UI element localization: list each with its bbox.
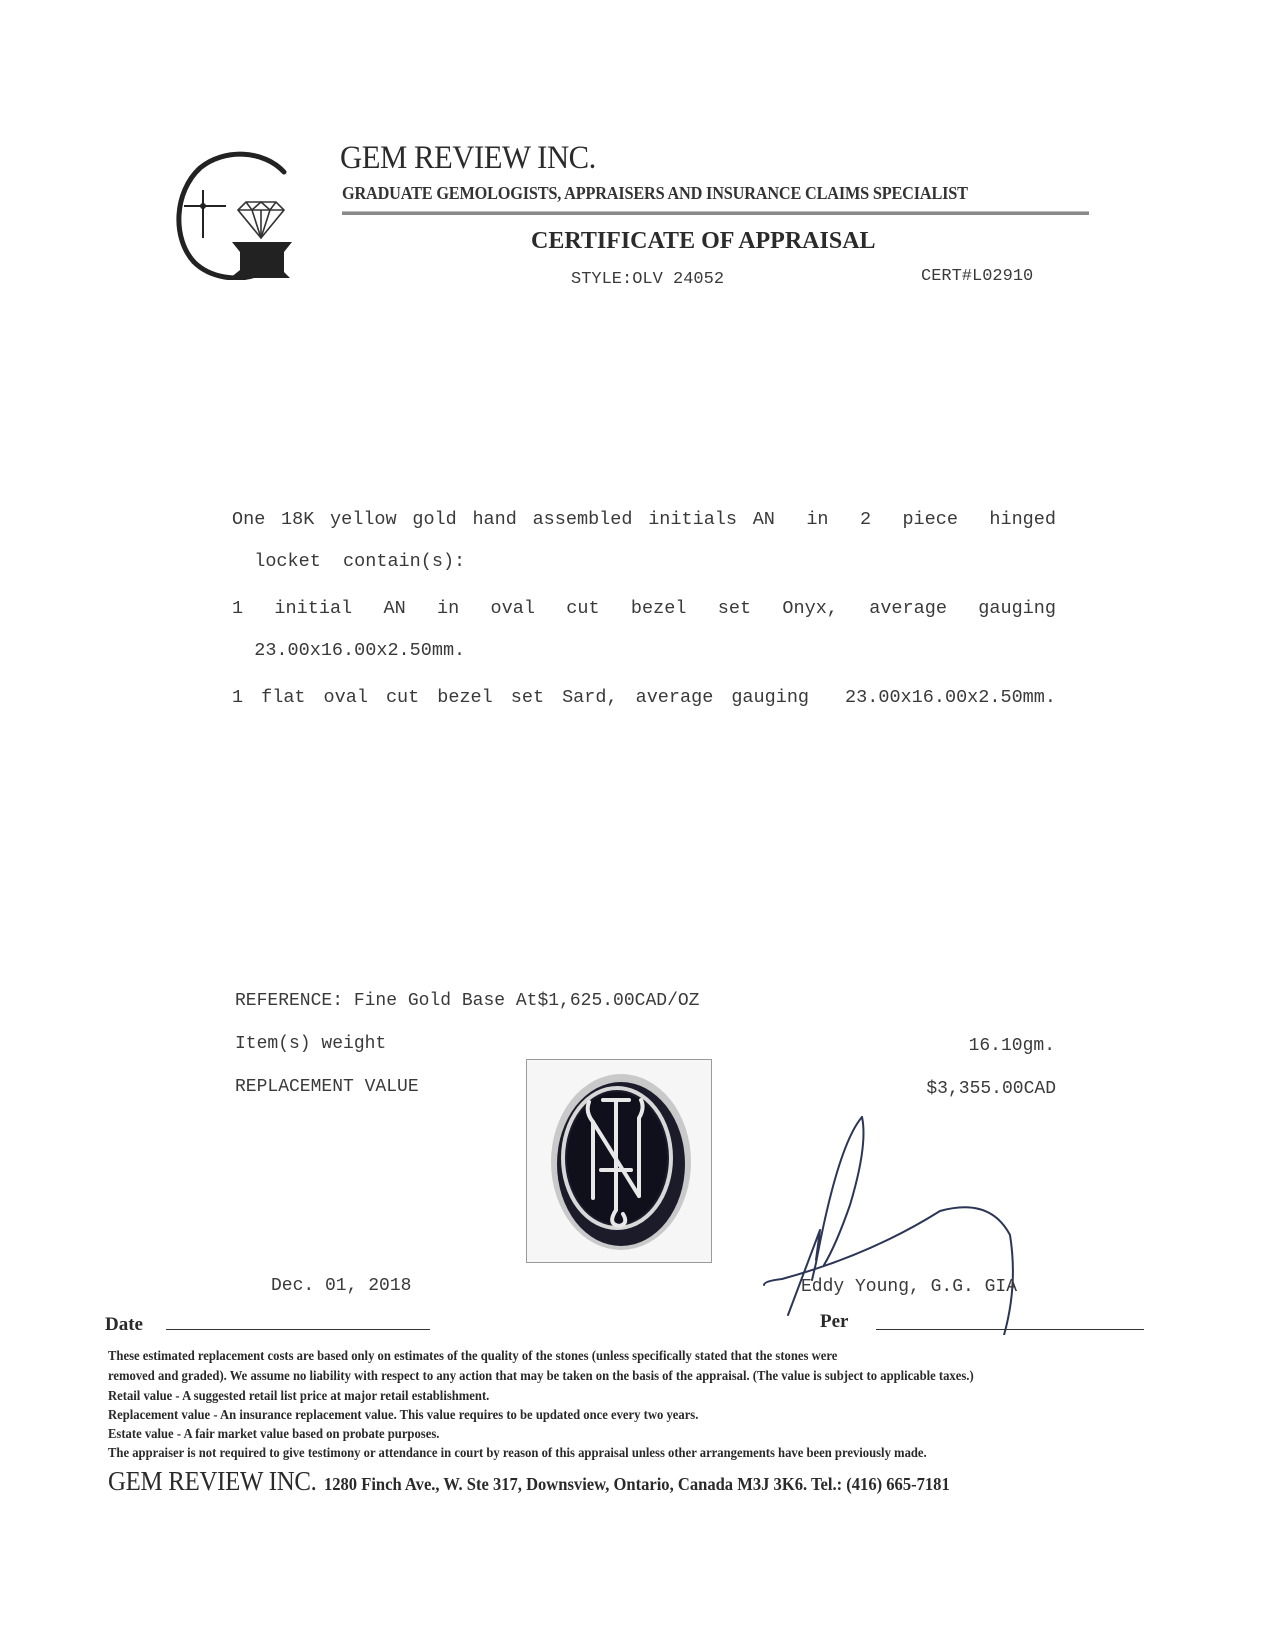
appraiser-name: Eddy Young, G.G. GIA	[801, 1277, 1017, 1297]
replacement-value: $3,355.00CAD	[926, 1079, 1056, 1099]
date-line	[166, 1329, 430, 1330]
retail-value-definition: Retail value - A suggested retail list p…	[108, 1388, 489, 1404]
footer-company-name: GEM REVIEW INC.	[108, 1466, 317, 1496]
onyx-monogram-locket-icon	[527, 1060, 711, 1262]
company-tagline: GRADUATE GEMOLOGISTS, APPRAISERS AND INS…	[342, 183, 968, 204]
weight-value: 16.10gm.	[969, 1036, 1055, 1056]
replacement-value-label: REPLACEMENT VALUE	[235, 1077, 419, 1097]
footer: GEM REVIEW INC. 1280 Finch Ave., W. Ste …	[108, 1466, 950, 1497]
appraisal-date: Dec. 01, 2018	[271, 1276, 411, 1296]
locket-photo	[526, 1059, 712, 1263]
stone-2-line: 1 flat oval cut bezel set Sard, average …	[232, 687, 1056, 708]
stone-2-description: 1 flat oval cut bezel set Sard, average …	[232, 645, 1056, 729]
per-label: Per	[820, 1311, 848, 1333]
replacement-value-definition: Replacement value - An insurance replace…	[108, 1407, 698, 1423]
weight-label: Item(s) weight	[235, 1034, 386, 1054]
disclaimer-line: These estimated replacement costs are ba…	[108, 1348, 837, 1364]
stone-1-line-1: 1 initial AN in oval cut bezel set Onyx,…	[232, 598, 1056, 619]
certificate-title: CERTIFICATE OF APPRAISAL	[531, 228, 876, 255]
company-name: GEM REVIEW INC.	[340, 140, 596, 177]
per-line	[876, 1329, 1144, 1330]
testimony-disclaimer: The appraiser is not required to give te…	[108, 1445, 927, 1461]
certificate-number: CERT#L02910	[921, 267, 1033, 286]
date-label: Date	[105, 1314, 143, 1336]
gold-reference: REFERENCE: Fine Gold Base At$1,625.00CAD…	[235, 991, 699, 1011]
disclaimer-line: removed and graded). We assume no liabil…	[108, 1368, 974, 1384]
item-description-line-1: One 18K yellow gold hand assembled initi…	[232, 509, 1056, 530]
style-number: STYLE:OLV 24052	[571, 270, 724, 289]
footer-address: 1280 Finch Ave., W. Ste 317, Downsview, …	[324, 1474, 950, 1494]
header-divider	[342, 211, 1089, 215]
g-diamond-logo-icon	[172, 146, 296, 280]
estate-value-definition: Estate value - A fair market value based…	[108, 1426, 439, 1442]
appraiser-signature	[740, 1085, 1040, 1335]
